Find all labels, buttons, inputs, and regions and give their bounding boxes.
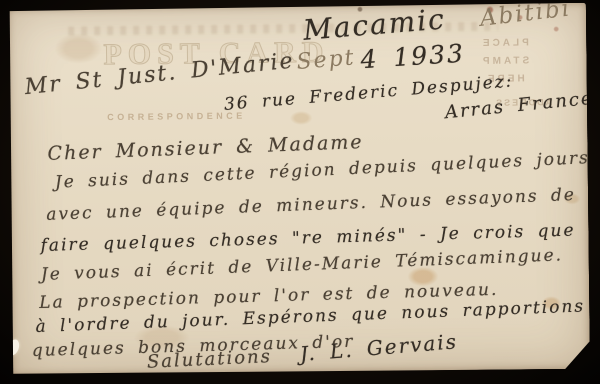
- handwritten-region: Abitibi: [479, 0, 573, 32]
- handwritten-body-line: avec une équipe de mineurs. Nous essayon…: [46, 185, 576, 225]
- postcard: POST CARD CORRESPONDENCE PLACE STAMP HER…: [8, 3, 590, 376]
- paper-edge-chip: [7, 338, 21, 356]
- stamp-showthrough-line: PLACE: [448, 37, 560, 49]
- handwritten-date-month: Sept: [296, 45, 357, 75]
- photo-background: POST CARD CORRESPONDENCE PLACE STAMP HER…: [0, 0, 600, 384]
- handwritten-closing: Salutations: [146, 346, 272, 373]
